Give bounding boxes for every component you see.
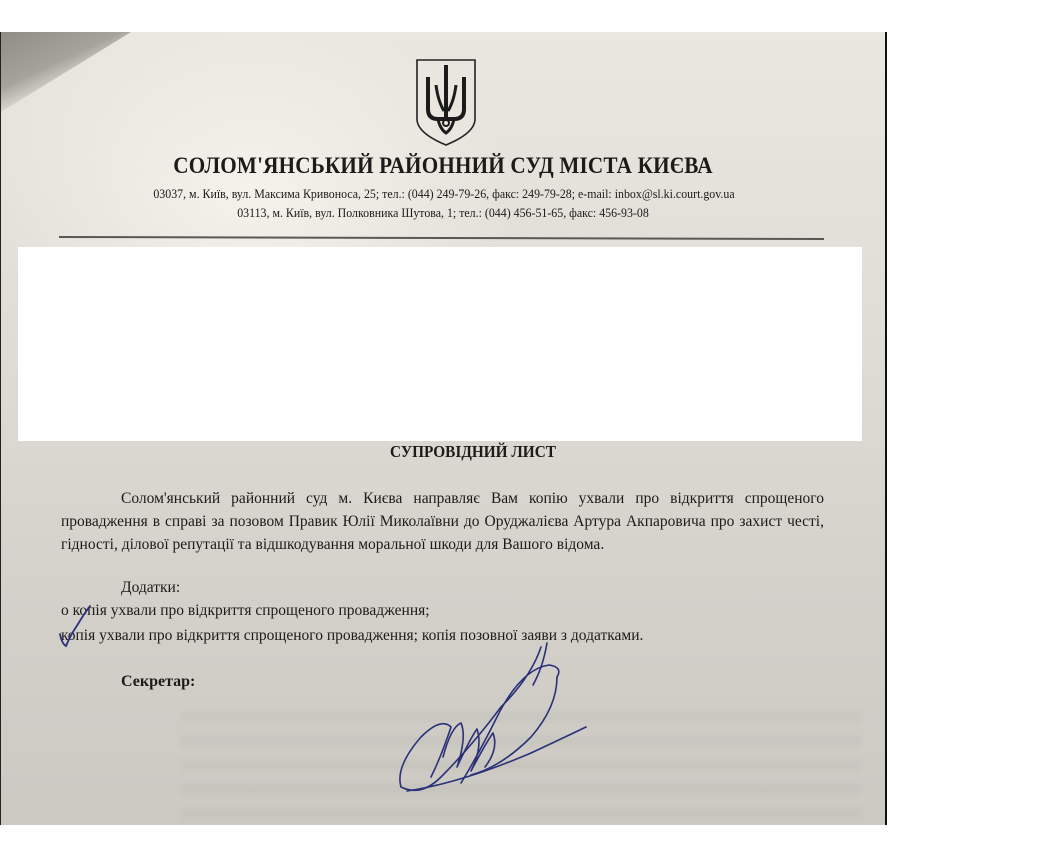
secretary-label: Секретар:	[121, 673, 195, 691]
trident-emblem-icon	[414, 57, 478, 147]
court-name-heading: СОЛОМ'ЯНСЬКИЙ РАЙОННИЙ СУД МІСТА КИЄВА	[36, 153, 849, 179]
folded-corner-shadow	[1, 32, 131, 112]
document-photo: СОЛОМ'ЯНСЬКИЙ РАЙОННИЙ СУД МІСТА КИЄВА 0…	[0, 32, 887, 825]
court-address-line-2: 03113, м. Київ, вул. Полковника Шутова, …	[32, 206, 854, 221]
bleed-through-text	[181, 712, 861, 822]
attachments-label: Додатки:	[121, 579, 180, 597]
court-address-line-1: 03037, м. Київ, вул. Максима Кривоноса, …	[77, 187, 812, 202]
redacted-recipient-block	[18, 247, 862, 441]
handwritten-checkmark-icon	[56, 600, 96, 650]
attachment-item: о копія ухвали про відкриття спрощеного …	[61, 602, 430, 620]
body-paragraph: Солом'янський районний суд м. Києва напр…	[61, 487, 824, 556]
header-divider	[59, 236, 824, 240]
letter-title: СУПРОВІДНИЙ ЛИСТ	[48, 442, 887, 462]
